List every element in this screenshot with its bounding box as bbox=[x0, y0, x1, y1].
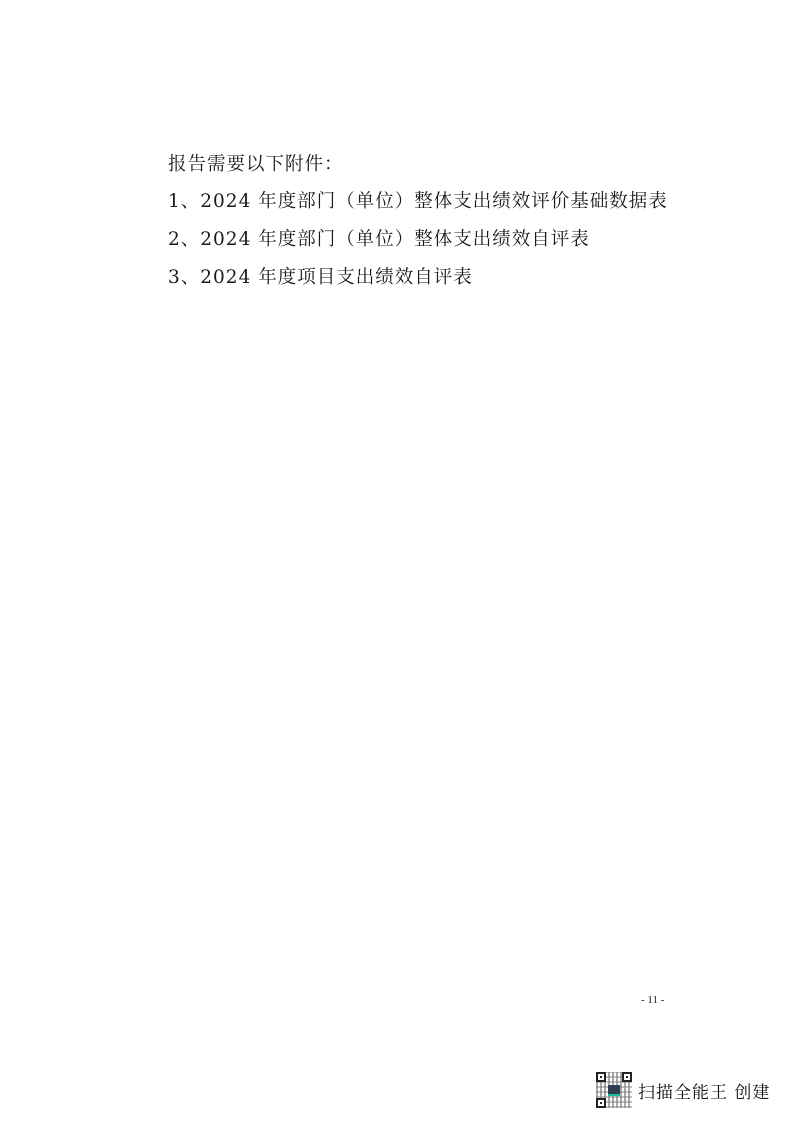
attachment-item-1: 1、2024 年度部门（单位）整体支出绩效评价基础数据表 bbox=[168, 187, 668, 213]
attachment-item-2: 2、2024 年度部门（单位）整体支出绩效自评表 bbox=[168, 225, 590, 251]
watermark-text: 扫描全能王 创建 bbox=[638, 1078, 770, 1103]
attachments-intro: 报告需要以下附件： bbox=[168, 150, 344, 176]
qr-code-icon bbox=[596, 1072, 632, 1108]
attachment-item-3: 3、2024 年度项目支出绩效自评表 bbox=[168, 263, 473, 289]
page-number: - 11 - bbox=[641, 994, 664, 1006]
scanner-watermark: 扫描全能王 创建 bbox=[596, 1072, 770, 1108]
